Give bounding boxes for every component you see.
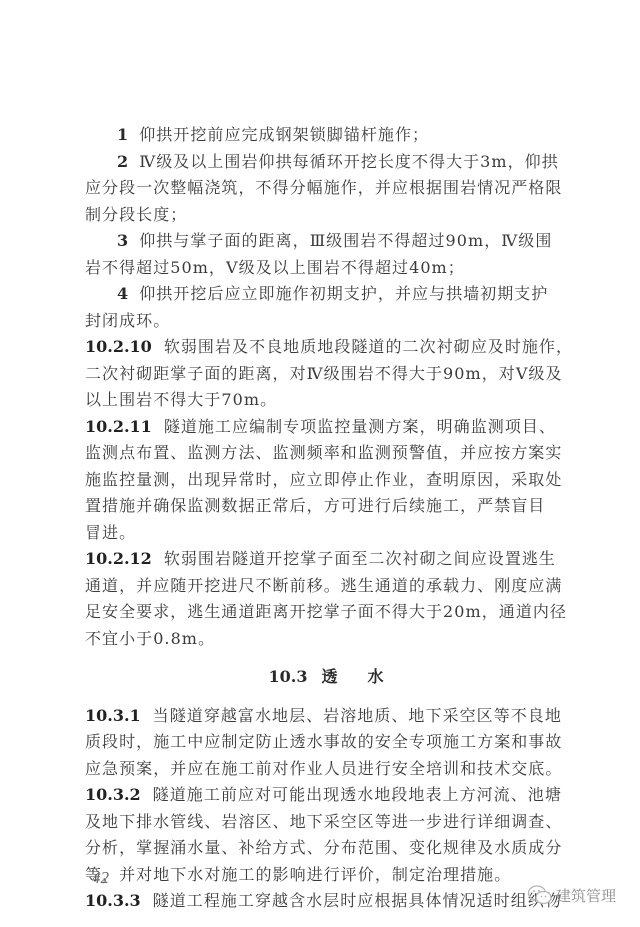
clause-10-3-1: 10.3.1当隧道穿越富水地层、岩溶地质、地下采空区等不良地	[85, 703, 567, 730]
clause-line: 质段时，施工中应制定防止透水事故的安全专项施工方案和事故	[85, 729, 567, 756]
clause-line: 等，并对地下水对施工的影响进行评价，制定治理措施。	[85, 862, 567, 889]
clause-10-2-10: 10.2.10软弱围岩及不良地质地段隧道的二次衬砌应及时施作，	[85, 334, 567, 361]
clause-10-3-3: 10.3.3隧道工程施工穿越含水层时应根据具体情况适时组织物	[85, 888, 567, 915]
item-3: 3仰拱与掌子面的距离，Ⅲ级围岩不得超过90m，Ⅳ级围	[85, 228, 567, 255]
item-2: 2Ⅳ级及以上围岩仰拱每循环开挖长度不得大于3m，仰拱	[85, 149, 567, 176]
item-1: 1仰拱开挖前应完成钢架锁脚锚杆施作；	[85, 122, 567, 149]
item-4-line: 封闭成环。	[85, 308, 567, 335]
clause-line: 以上围岩不得大于70m。	[85, 387, 567, 414]
clause-line: 分析，掌握涌水量、补给方式、分布范围、变化规律及水质成分	[85, 835, 567, 862]
page-number: 42	[92, 868, 109, 888]
watermark: 建筑管理	[527, 884, 616, 906]
item-3-line: 岩不得超过50m，Ⅴ级及以上围岩不得超过40m；	[85, 255, 567, 282]
clause-line: 及地下排水管线、岩溶区、地下采空区等进一步进行详细调查、	[85, 809, 567, 836]
clause-line: 通道，并应随开挖进尺不断前移。逃生通道的承载力、刚度应满	[85, 573, 567, 600]
section-heading: 10.3透水	[85, 664, 567, 691]
item-2-line: 制分段长度；	[85, 202, 567, 229]
clause-line: 不宜小于0.8m。	[85, 626, 567, 653]
clause-10-3-2: 10.3.2隧道施工前应对可能出现透水地段地表上方河流、池塘	[85, 782, 567, 809]
clause-line: 足安全要求，逃生通道距离开挖掌子面不得大于20m，通道内径	[85, 599, 567, 626]
clause-line: 施监控量测，出现异常时，应立即停止作业，查明原因，采取处	[85, 467, 567, 494]
watermark-text: 建筑管理	[556, 885, 616, 906]
clause-line: 置措施并确保监测数据正常后，方可进行后续施工，严禁盲目	[85, 493, 567, 520]
clause-line: 冒进。	[85, 520, 567, 547]
clause-line: 监测点布置、监测方法、监测频率和监测预警值，并应按方案实	[85, 440, 567, 467]
clause-line: 应急预案，并应在施工前对作业人员进行安全培训和技术交底。	[85, 756, 567, 783]
clause-line: 二次衬砌距掌子面的距离，对Ⅳ级围岩不得大于90m，对Ⅴ级及	[85, 361, 567, 388]
wechat-icon	[527, 884, 553, 906]
item-4: 4仰拱开挖后应立即施作初期支护，并应与拱墙初期支护	[85, 281, 567, 308]
document-page: 1仰拱开挖前应完成钢架锁脚锚杆施作； 2Ⅳ级及以上围岩仰拱每循环开挖长度不得大于…	[85, 122, 567, 915]
item-2-line: 应分段一次整幅浇筑，不得分幅施作，并应根据围岩情况严格限	[85, 175, 567, 202]
clause-10-2-11: 10.2.11隧道施工应编制专项监控量测方案，明确监测项目、	[85, 414, 567, 441]
clause-10-2-12: 10.2.12软弱围岩隧道开挖掌子面至二次衬砌之间应设置逃生	[85, 546, 567, 573]
